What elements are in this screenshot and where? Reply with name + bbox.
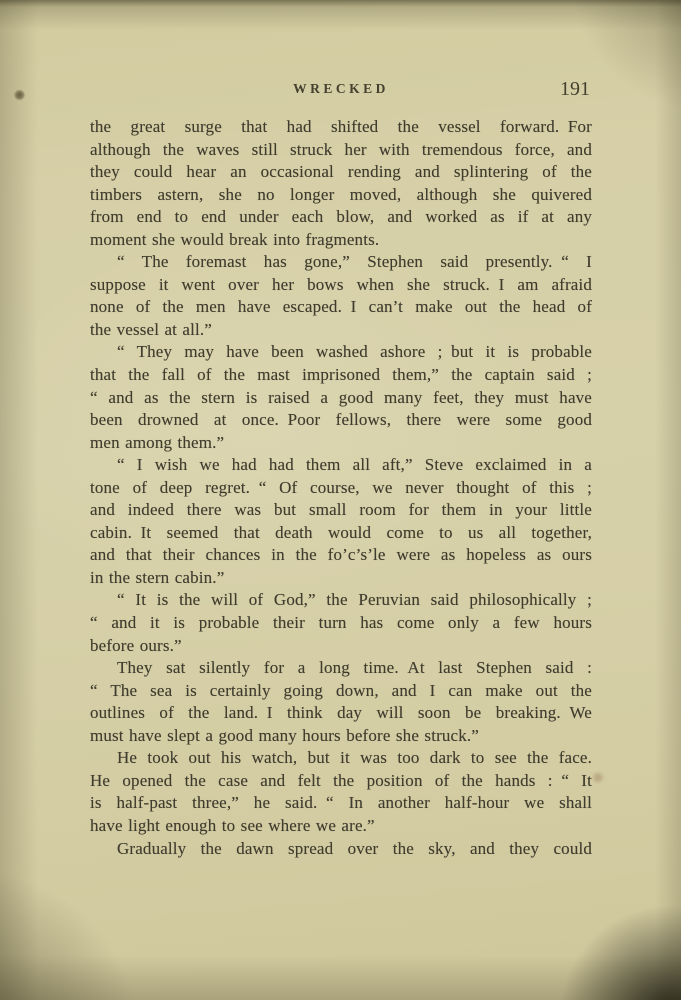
book-page-scan: WRECKED 191 the great surge that had shi… [0, 0, 681, 1000]
paragraph: “ The foremast has gone,” Stephen said p… [90, 251, 592, 341]
text-line: He took out his watch, but it was too da… [90, 747, 592, 770]
text-line: “ The sea is certainly going down, and I… [90, 680, 592, 703]
text-line: although the waves still struck her with… [90, 139, 592, 162]
text-line: cabin. It seemed that death would come t… [90, 522, 592, 545]
text-column: the great surge that had shifted the ves… [90, 116, 592, 860]
text-line: men among them.” [90, 432, 592, 455]
text-line: is half-past three,” he said. “ In anoth… [90, 792, 592, 815]
text-line: outlines of the land. I think day will s… [90, 702, 592, 725]
paragraph: They sat silently for a long time. At la… [90, 657, 592, 747]
text-line: and indeed there was but small room for … [90, 499, 592, 522]
text-line: none of the men have escaped. I can’t ma… [90, 296, 592, 319]
paragraph: the great surge that had shifted the ves… [90, 116, 592, 251]
text-line: have light enough to see where we are.” [90, 815, 592, 838]
text-line: tone of deep regret. “ Of course, we nev… [90, 477, 592, 500]
paragraph: “ I wish we had had them all aft,” Steve… [90, 454, 592, 589]
page-number: 191 [560, 78, 590, 101]
text-line: “ I wish we had had them all aft,” Steve… [90, 454, 592, 477]
paragraph: “ They may have been washed ashore ; but… [90, 341, 592, 454]
running-title: WRECKED [90, 81, 592, 97]
text-line: “ It is the will of God,” the Peruvian s… [90, 589, 592, 612]
text-line: must have slept a good many hours before… [90, 725, 592, 748]
text-line: moment she would break into fragments. [90, 229, 592, 252]
text-line: “ and as the stern is raised a good many… [90, 387, 592, 410]
ink-stain-dot [14, 90, 25, 100]
text-line: and that their chances in the fo’c’s’le … [90, 544, 592, 567]
text-line: He opened the case and felt the position… [90, 770, 592, 793]
text-line: Gradually the dawn spread over the sky, … [90, 838, 592, 861]
text-line: suppose it went over her bows when she s… [90, 274, 592, 297]
text-line: from end to end under each blow, and wor… [90, 206, 592, 229]
paper-smudge [592, 772, 604, 783]
text-line: timbers astern, she no longer moved, alt… [90, 184, 592, 207]
text-line: before ours.” [90, 635, 592, 658]
text-line: “ They may have been washed ashore ; but… [90, 341, 592, 364]
page-header: WRECKED 191 [90, 78, 592, 102]
text-line: “ The foremast has gone,” Stephen said p… [90, 251, 592, 274]
text-line: they could hear an occasional rending an… [90, 161, 592, 184]
text-line: that the fall of the mast imprisoned the… [90, 364, 592, 387]
text-line: in the stern cabin.” [90, 567, 592, 590]
paragraph: He took out his watch, but it was too da… [90, 747, 592, 837]
text-line: “ and it is probable their turn has come… [90, 612, 592, 635]
text-line: They sat silently for a long time. At la… [90, 657, 592, 680]
text-line: been drowned at once. Poor fellows, ther… [90, 409, 592, 432]
paragraph: “ It is the will of God,” the Peruvian s… [90, 589, 592, 657]
text-line: the vessel at all.” [90, 319, 592, 342]
text-line: the great surge that had shifted the ves… [90, 116, 592, 139]
paragraph: Gradually the dawn spread over the sky, … [90, 838, 592, 861]
